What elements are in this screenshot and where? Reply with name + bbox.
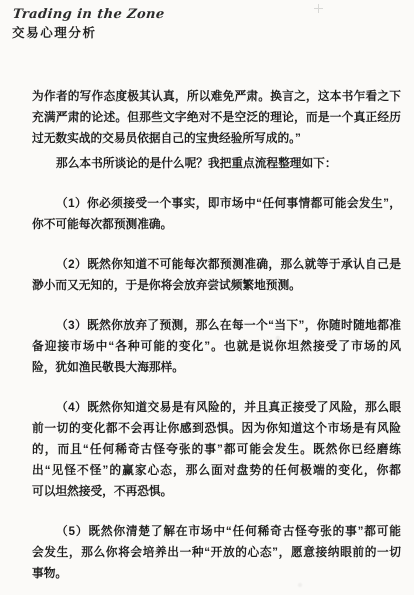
text-line: 险，犹如渔民敬畏大海那样。 bbox=[32, 357, 401, 378]
text-line: 渺小而又无知的，于是你将会放弃尝试频繁地预测。 bbox=[32, 275, 401, 296]
text-line: 那么本书所谈论的是什么呢？我把重点流程整理如下： bbox=[32, 153, 401, 174]
paragraph-lead-in: 那么本书所谈论的是什么呢？我把重点流程整理如下： bbox=[32, 153, 401, 174]
list-item-1: （1）你必须接受一个事实，即市场中“任何事情都可能会发生”，你不可能每次都预测准… bbox=[32, 193, 401, 235]
text-line: 出“见怪不怪”的赢家心态，那么面对盘势的任何极端的变化，你都 bbox=[32, 460, 401, 481]
paragraph-continuation: 为作者的写作态度极其认真，所以难免严肃。换言之，这本书乍看之下充满严肃的论述。但… bbox=[32, 86, 401, 149]
book-title-chinese: 交易心理分析 bbox=[12, 23, 164, 41]
list-item-4: （4）既然你知道交易是有风险的，并且真正接受了风险，那么眼前一切的变化都不会再让… bbox=[32, 397, 401, 502]
list-item-3: （3）既然你放弃了预测，那么在每一个“当下”，你随时随地都准备迎接市场中“各种可… bbox=[32, 315, 401, 378]
text-line: （5）既然你清楚了解在市场中“任何稀奇古怪夸张的事”都可能 bbox=[32, 521, 401, 542]
list-item-5: （5）既然你清楚了解在市场中“任何稀奇古怪夸张的事”都可能会发生，那么你将会培养… bbox=[32, 521, 401, 584]
text-line: 备迎接市场中“各种可能的变化”。也就是说你坦然接受了市场的风 bbox=[32, 336, 401, 357]
book-page: Trading in the Zone 交易心理分析 为作者的写作态度极其认真，… bbox=[0, 0, 414, 595]
text-line: （4）既然你知道交易是有风险的，并且真正接受了风险，那么眼 bbox=[32, 397, 401, 418]
text-line: 事物。 bbox=[32, 563, 401, 584]
text-line: 前一切的变化都不会再让你感到恐惧。因为你知道这个市场是有风险 bbox=[32, 418, 401, 439]
scan-artifact-mark bbox=[314, 4, 323, 13]
text-line: 你不可能每次都预测准确。 bbox=[32, 214, 401, 235]
text-line: 为作者的写作态度极其认真，所以难免严肃。换言之，这本书乍看之下 bbox=[32, 86, 401, 107]
text-line: 过无数实战的交易员依据自己的宝贵经验所写成的。” bbox=[32, 128, 401, 149]
text-line: （1）你必须接受一个事实，即市场中“任何事情都可能会发生”， bbox=[32, 193, 401, 214]
text-line: 可以坦然接受，不再恐惧。 bbox=[32, 481, 401, 502]
page-header: Trading in the Zone 交易心理分析 bbox=[12, 7, 164, 41]
text-line: （2）既然你知道不可能每次都预测准确，那么就等于承认自己是 bbox=[32, 254, 401, 275]
text-line: （3）既然你放弃了预测，那么在每一个“当下”，你随时随地都准 bbox=[32, 315, 401, 336]
list-item-2: （2）既然你知道不可能每次都预测准确，那么就等于承认自己是渺小而又无知的，于是你… bbox=[32, 254, 401, 296]
book-title-english: Trading in the Zone bbox=[12, 7, 165, 22]
text-line: 的，而且“任何稀奇古怪夸张的事”都可能会发生。既然你已经磨练 bbox=[32, 439, 401, 460]
text-line: 会发生，那么你将会培养出一种“开放的心态”，愿意接纳眼前的一切 bbox=[32, 542, 401, 563]
page-body: 为作者的写作态度极其认真，所以难免严肃。换言之，这本书乍看之下充满严肃的论述。但… bbox=[32, 86, 401, 584]
text-line: 充满严肃的论述。但那些文字绝对不是空泛的理论，而是一个真正经历 bbox=[32, 107, 401, 128]
